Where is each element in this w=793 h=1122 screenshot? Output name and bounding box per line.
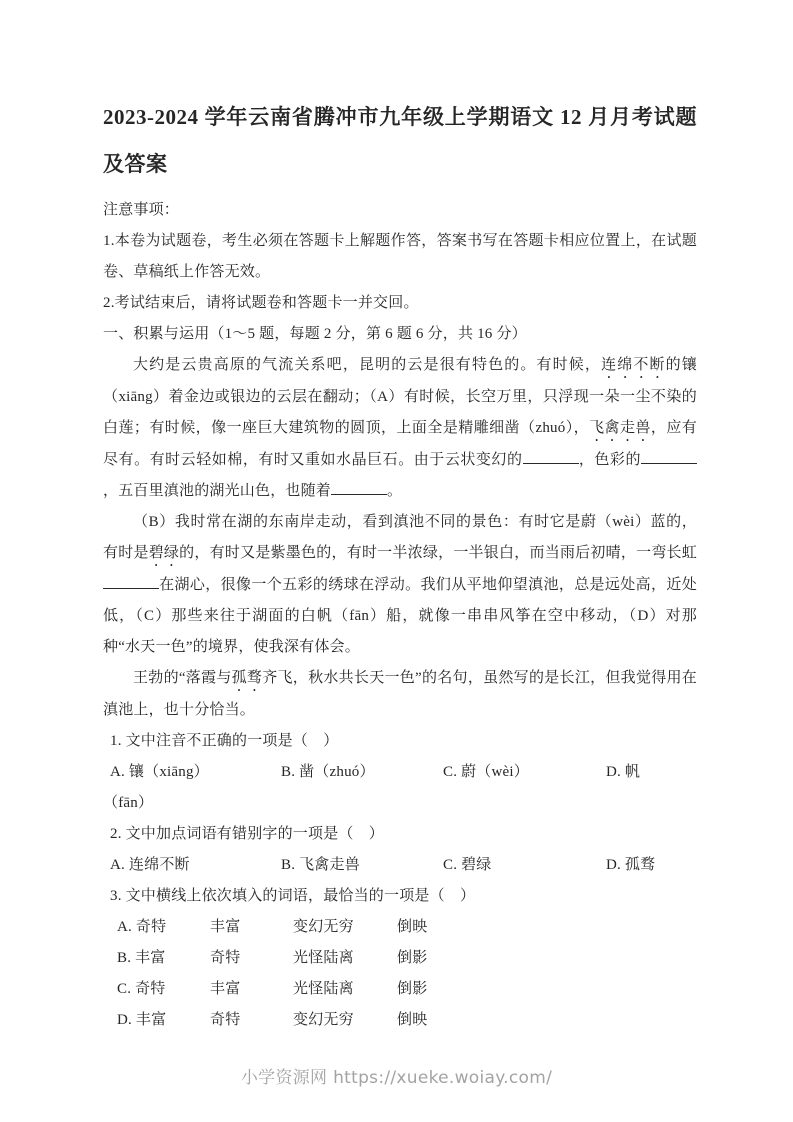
question-1-options: A. 镶（xiāng） B. 凿（zhuó） C. 蔚（wèi） D. 帆 — [103, 757, 697, 788]
option-cell: 丰富 — [210, 912, 293, 943]
blank-line — [523, 461, 579, 464]
option-cell: 倒映 — [397, 912, 697, 943]
option-cell: 倒影 — [397, 974, 697, 1005]
option-cell: D. 丰富 — [117, 1005, 210, 1036]
note-item-1: 1.本卷为试题卷，考生必须在答题卡上解题作答，答案书写在答题卡相应位置上，在试题… — [103, 226, 697, 288]
emphasized-word: 孤骛 — [232, 670, 263, 686]
question-3-option-row-c: C. 奇特 丰富 光怪陆离 倒影 — [103, 974, 697, 1005]
emphasized-word: 飞禽走兽 — [589, 420, 651, 436]
option-a: A. 镶（xiāng） — [110, 757, 281, 788]
exam-document-page: 2023-2024 学年云南省腾冲市九年级上学期语文 12 月月考试题及答案 注… — [0, 0, 793, 1122]
option-cell: 奇特 — [210, 1005, 293, 1036]
emphasized-word: 碧绿 — [149, 545, 179, 561]
option-cell: C. 奇特 — [117, 974, 210, 1005]
blank-line — [641, 461, 697, 464]
option-cell: 光怪陆离 — [293, 943, 397, 974]
option-cell: 光怪陆离 — [293, 974, 397, 1005]
passage-text: 大约是云贵高原的气流关系吧，昆明的云是很有特色的。有时候， — [133, 357, 601, 373]
option-d-wrap: （fān） — [103, 788, 697, 819]
option-cell: 变幻无穷 — [293, 912, 397, 943]
emphasized-word: 连绵不断 — [601, 357, 666, 373]
option-d: D. 孤骛 — [606, 850, 697, 881]
question-3-option-row-d: D. 丰富 奇特 变幻无穷 倒映 — [103, 1005, 697, 1036]
option-a: A. 连绵不断 — [110, 850, 281, 881]
section-heading: 一、积累与运用（1～5 题，每题 2 分，第 6 题 6 分，共 16 分） — [103, 319, 697, 350]
question-2-options: A. 连绵不断 B. 飞禽走兽 C. 碧绿 D. 孤骛 — [103, 850, 697, 881]
question-3-stem: 3. 文中横线上依次填入的词语，最恰当的一项是（ ） — [103, 881, 697, 912]
option-cell: B. 丰富 — [117, 943, 210, 974]
passage-paragraph-2: （B）我时常在湖的东南岸走动，看到滇池不同的景色：有时它是蔚（wèi）蓝的，有时… — [103, 507, 697, 663]
option-cell: 丰富 — [210, 974, 293, 1005]
note-item-2: 2.考试结束后，请将试题卷和答题卡一并交回。 — [103, 288, 697, 319]
passage-text: 。 — [387, 483, 402, 499]
option-cell: 变幻无穷 — [293, 1005, 397, 1036]
option-c: C. 蔚（wèi） — [443, 757, 606, 788]
document-content: 2023-2024 学年云南省腾冲市九年级上学期语文 12 月月考试题及答案 注… — [103, 94, 697, 1036]
passage-paragraph-3: 王勃的“落霞与孤骛齐飞，秋水共长天一色”的名句，虽然写的是长江，但我觉得用在滇池… — [103, 663, 697, 726]
notes-heading: 注意事项： — [103, 195, 697, 226]
passage-text: 在湖心，很像一个五彩的绣球在浮动。我们从平地仰望滇池，总是远处高，近处低，（C）… — [103, 577, 697, 655]
question-3-option-row-b: B. 丰富 奇特 光怪陆离 倒影 — [103, 943, 697, 974]
option-b: B. 飞禽走兽 — [281, 850, 443, 881]
footer-watermark: 小学资源网 https://xueke.woiay.com/ — [0, 1063, 793, 1088]
passage-text: 的，有时又是紫墨色的，有时一半浓绿，一半银白，而当雨后初晴，一弯长虹 — [179, 545, 697, 561]
passage-text: 王勃的“落霞与 — [133, 670, 232, 686]
option-cell: 倒映 — [397, 1005, 697, 1036]
option-cell: A. 奇特 — [117, 912, 210, 943]
passage-text: ，色彩的 — [579, 452, 642, 468]
option-cell: 奇特 — [210, 943, 293, 974]
option-c: C. 碧绿 — [443, 850, 606, 881]
blank-line — [103, 586, 159, 589]
question-3-option-row-a: A. 奇特 丰富 变幻无穷 倒映 — [103, 912, 697, 943]
question-1-stem: 1. 文中注音不正确的一项是（ ） — [103, 726, 697, 757]
question-2-stem: 2. 文中加点词语有错别字的一项是（ ） — [103, 819, 697, 850]
passage-paragraph-1: 大约是云贵高原的气流关系吧，昆明的云是很有特色的。有时候，连绵不断的镶（xiān… — [103, 350, 697, 507]
option-b: B. 凿（zhuó） — [281, 757, 443, 788]
passage-text: ，五百里滇池的湖光山色，也随着 — [103, 483, 331, 499]
option-cell: 倒影 — [397, 943, 697, 974]
blank-line — [331, 492, 387, 495]
document-title: 2023-2024 学年云南省腾冲市九年级上学期语文 12 月月考试题及答案 — [103, 94, 697, 188]
option-d: D. 帆 — [606, 757, 697, 788]
